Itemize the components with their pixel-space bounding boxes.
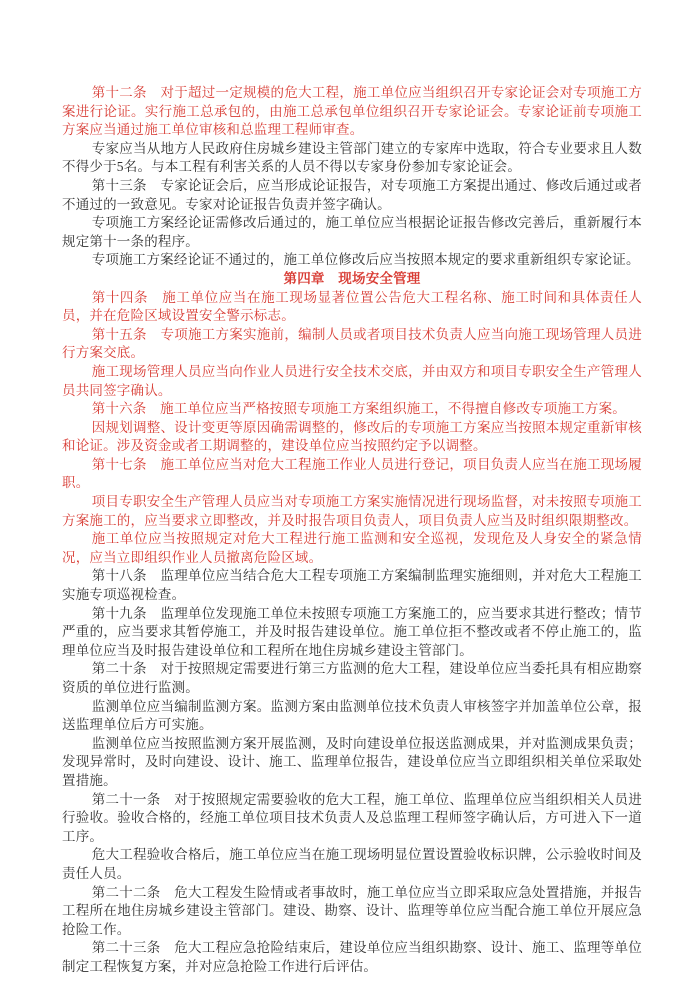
paragraph: 第十五条 专项施工方案实施前，编制人员或者项目技术负责人应当向施工现场管理人员进…: [62, 326, 642, 363]
regulation-text: 第十二条 对于超过一定规模的危大工程，施工单位应当组织召开专家论证会对专项施工方…: [62, 84, 642, 977]
paragraph: 第十四条 施工单位应当在施工现场显著位置公告危大工程名称、施工时间和具体责任人员…: [62, 289, 642, 326]
paragraph: 第二十二条 危大工程发生险情或者事故时，施工单位应当立即采取应急处置措施，并报告…: [62, 884, 642, 940]
paragraph: 第二十一条 对于按照规定需要验收的危大工程，施工单位、监理单位应当组织相关人员进…: [62, 791, 642, 847]
paragraph: 专项施工方案经论证不通过的，施工单位修改后应当按照本规定的要求重新组织专家论证。: [62, 251, 642, 270]
paragraph: 项目专职安全生产管理人员应当对专项施工方案实施情况进行现场监督，对未按照专项施工…: [62, 493, 642, 530]
paragraph: 第十九条 监理单位发现施工单位未按照专项施工方案施工的，应当要求其进行整改；情节…: [62, 605, 642, 661]
paragraph: 危大工程验收合格后，施工单位应当在施工现场明显位置设置验收标识牌，公示验收时间及…: [62, 846, 642, 883]
paragraph: 监测单位应当编制监测方案。监测方案由监测单位技术负责人审核签字并加盖单位公章，报…: [62, 698, 642, 735]
paragraph: 专项施工方案经论证需修改后通过的，施工单位应当根据论证报告修改完善后，重新履行本…: [62, 214, 642, 251]
document-page: 第十二条 对于超过一定规模的危大工程，施工单位应当组织召开专家论证会对专项施工方…: [0, 0, 700, 990]
paragraph: 施工单位应当按照规定对危大工程进行施工监测和安全巡视，发现危及人身安全的紧急情况…: [62, 530, 642, 567]
paragraph: 第二十条 对于按照规定需要进行第三方监测的危大工程，建设单位应当委托具有相应勘察…: [62, 660, 642, 697]
paragraph: 施工现场管理人员应当向作业人员进行安全技术交底，并由双方和项目专职安全生产管理人…: [62, 363, 642, 400]
paragraph: 因规划调整、设计变更等原因确需调整的，修改后的专项施工方案应当按照本规定重新审核…: [62, 419, 642, 456]
paragraph: 第二十三条 危大工程应急抢险结束后，建设单位应当组织勘察、设计、施工、监理等单位…: [62, 939, 642, 976]
paragraph: 监测单位应当按照监测方案开展监测，及时向建设单位报送监测成果，并对监测成果负责；…: [62, 735, 642, 791]
paragraph: 第十三条 专家论证会后，应当形成论证报告，对专项施工方案提出通过、修改后通过或者…: [62, 177, 642, 214]
chapter-heading: 第四章 现场安全管理: [62, 270, 642, 289]
paragraph: 第十七条 施工单位应当对危大工程施工作业人员进行登记，项目负责人应当在施工现场履…: [62, 456, 642, 493]
paragraph: 第十六条 施工单位应当严格按照专项施工方案组织施工，不得擅自修改专项施工方案。: [62, 400, 642, 419]
paragraph: 专家应当从地方人民政府住房城乡建设主管部门建立的专家库中选取，符合专业要求且人数…: [62, 140, 642, 177]
paragraph: 第十八条 监理单位应当结合危大工程专项施工方案编制监理实施细则，并对危大工程施工…: [62, 567, 642, 604]
paragraph: 第十二条 对于超过一定规模的危大工程，施工单位应当组织召开专家论证会对专项施工方…: [62, 84, 642, 140]
